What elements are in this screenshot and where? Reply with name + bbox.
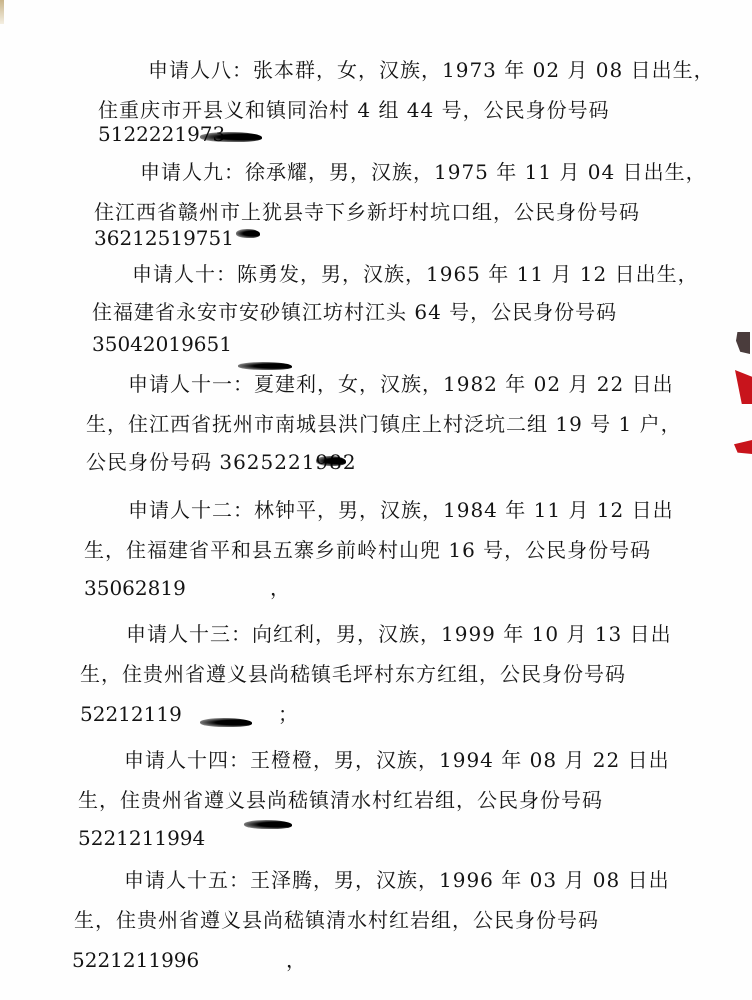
applicant-13-id-number: 52212119 xyxy=(80,702,182,726)
applicant-12-line-2: 生，住福建省平和县五寨乡前岭村山兜 16 号，公民身份号码 xyxy=(84,538,651,562)
applicant-9-id-number: 36212519751 xyxy=(94,226,234,250)
applicant-15-line-2: 生，住贵州省遵义县尚嵇镇清水村红岩组，公民身份号码 xyxy=(74,908,599,932)
applicant-14-line-1: 申请人十四：王橙橙，男，汉族，1994 年 08 月 22 日出 xyxy=(124,748,670,772)
applicant-13-line-2: 生，住贵州省遵义县尚嵇镇毛坪村东方红组，公民身份号码 xyxy=(80,662,626,686)
applicant-15-line-1: 申请人十五：王泽腾，男，汉族，1996 年 03 月 08 日出 xyxy=(124,868,670,892)
seal-red-stroke xyxy=(735,370,752,404)
applicant-10-line-2: 住福建省永安市安砂镇江坊村江头 64 号，公民身份号码 xyxy=(92,300,617,324)
applicant-13-line-1: 申请人十三：向红利，男，汉族，1999 年 10 月 13 日出 xyxy=(126,622,672,646)
applicant-15-id-number: 5221211996 xyxy=(72,948,199,972)
id-redaction-mark xyxy=(244,820,292,829)
id-redaction-mark xyxy=(316,456,346,466)
official-seal-fragment xyxy=(732,330,752,460)
applicant-14-line-2: 生，住贵州省遵义县尚嵇镇清水村红岩组，公民身份号码 xyxy=(78,788,603,812)
applicant-8-line-2: 住重庆市开县义和镇同治村 4 组 44 号，公民身份号码 xyxy=(98,98,610,122)
applicant-8-line-1: 申请人八：张本群，女，汉族，1973 年 02 月 08 日出生， xyxy=(148,58,715,82)
id-redaction-mark xyxy=(238,362,292,370)
applicant-9-line-2: 住江西省赣州市上犹县寺下乡新圩村坑口组，公民身份号码 xyxy=(94,200,640,224)
document-page: 申请人八：张本群，女，汉族，1973 年 02 月 08 日出生， 住重庆市开县… xyxy=(0,0,752,1000)
id-redaction-mark xyxy=(200,718,252,727)
applicant-12-line-1: 申请人十二：林钟平，男，汉族，1984 年 11 月 12 日出 xyxy=(128,498,674,522)
seal-character-fragment xyxy=(736,332,750,354)
applicant-14-id-number: 5221211994 xyxy=(78,826,205,850)
page-corner-shadow xyxy=(0,0,4,24)
id-redaction-mark xyxy=(236,229,260,238)
seal-red-stroke xyxy=(734,440,752,454)
applicant-13-id-suffix: ； xyxy=(278,702,299,726)
applicant-9-line-1: 申请人九：徐承耀，男，汉族，1975 年 11 月 04 日出生， xyxy=(140,160,707,184)
applicant-15-id-suffix: ， xyxy=(286,948,307,972)
applicant-10-line-1: 申请人十：陈勇发，男，汉族，1965 年 11 月 12 日出生， xyxy=(132,262,699,286)
applicant-11-line-1: 申请人十一：夏建利，女，汉族，1982 年 02 月 22 日出 xyxy=(128,372,674,396)
applicant-12-id-number: 35062819 xyxy=(84,576,186,600)
applicant-11-line-2: 生，住江西省抚州市南城县洪门镇庄上村泛坑二组 19 号 1 户， xyxy=(86,412,682,436)
applicant-12-id-suffix: ， xyxy=(270,576,291,600)
id-redaction-mark xyxy=(200,132,262,142)
applicant-10-id-number: 35042019651 xyxy=(92,332,232,356)
